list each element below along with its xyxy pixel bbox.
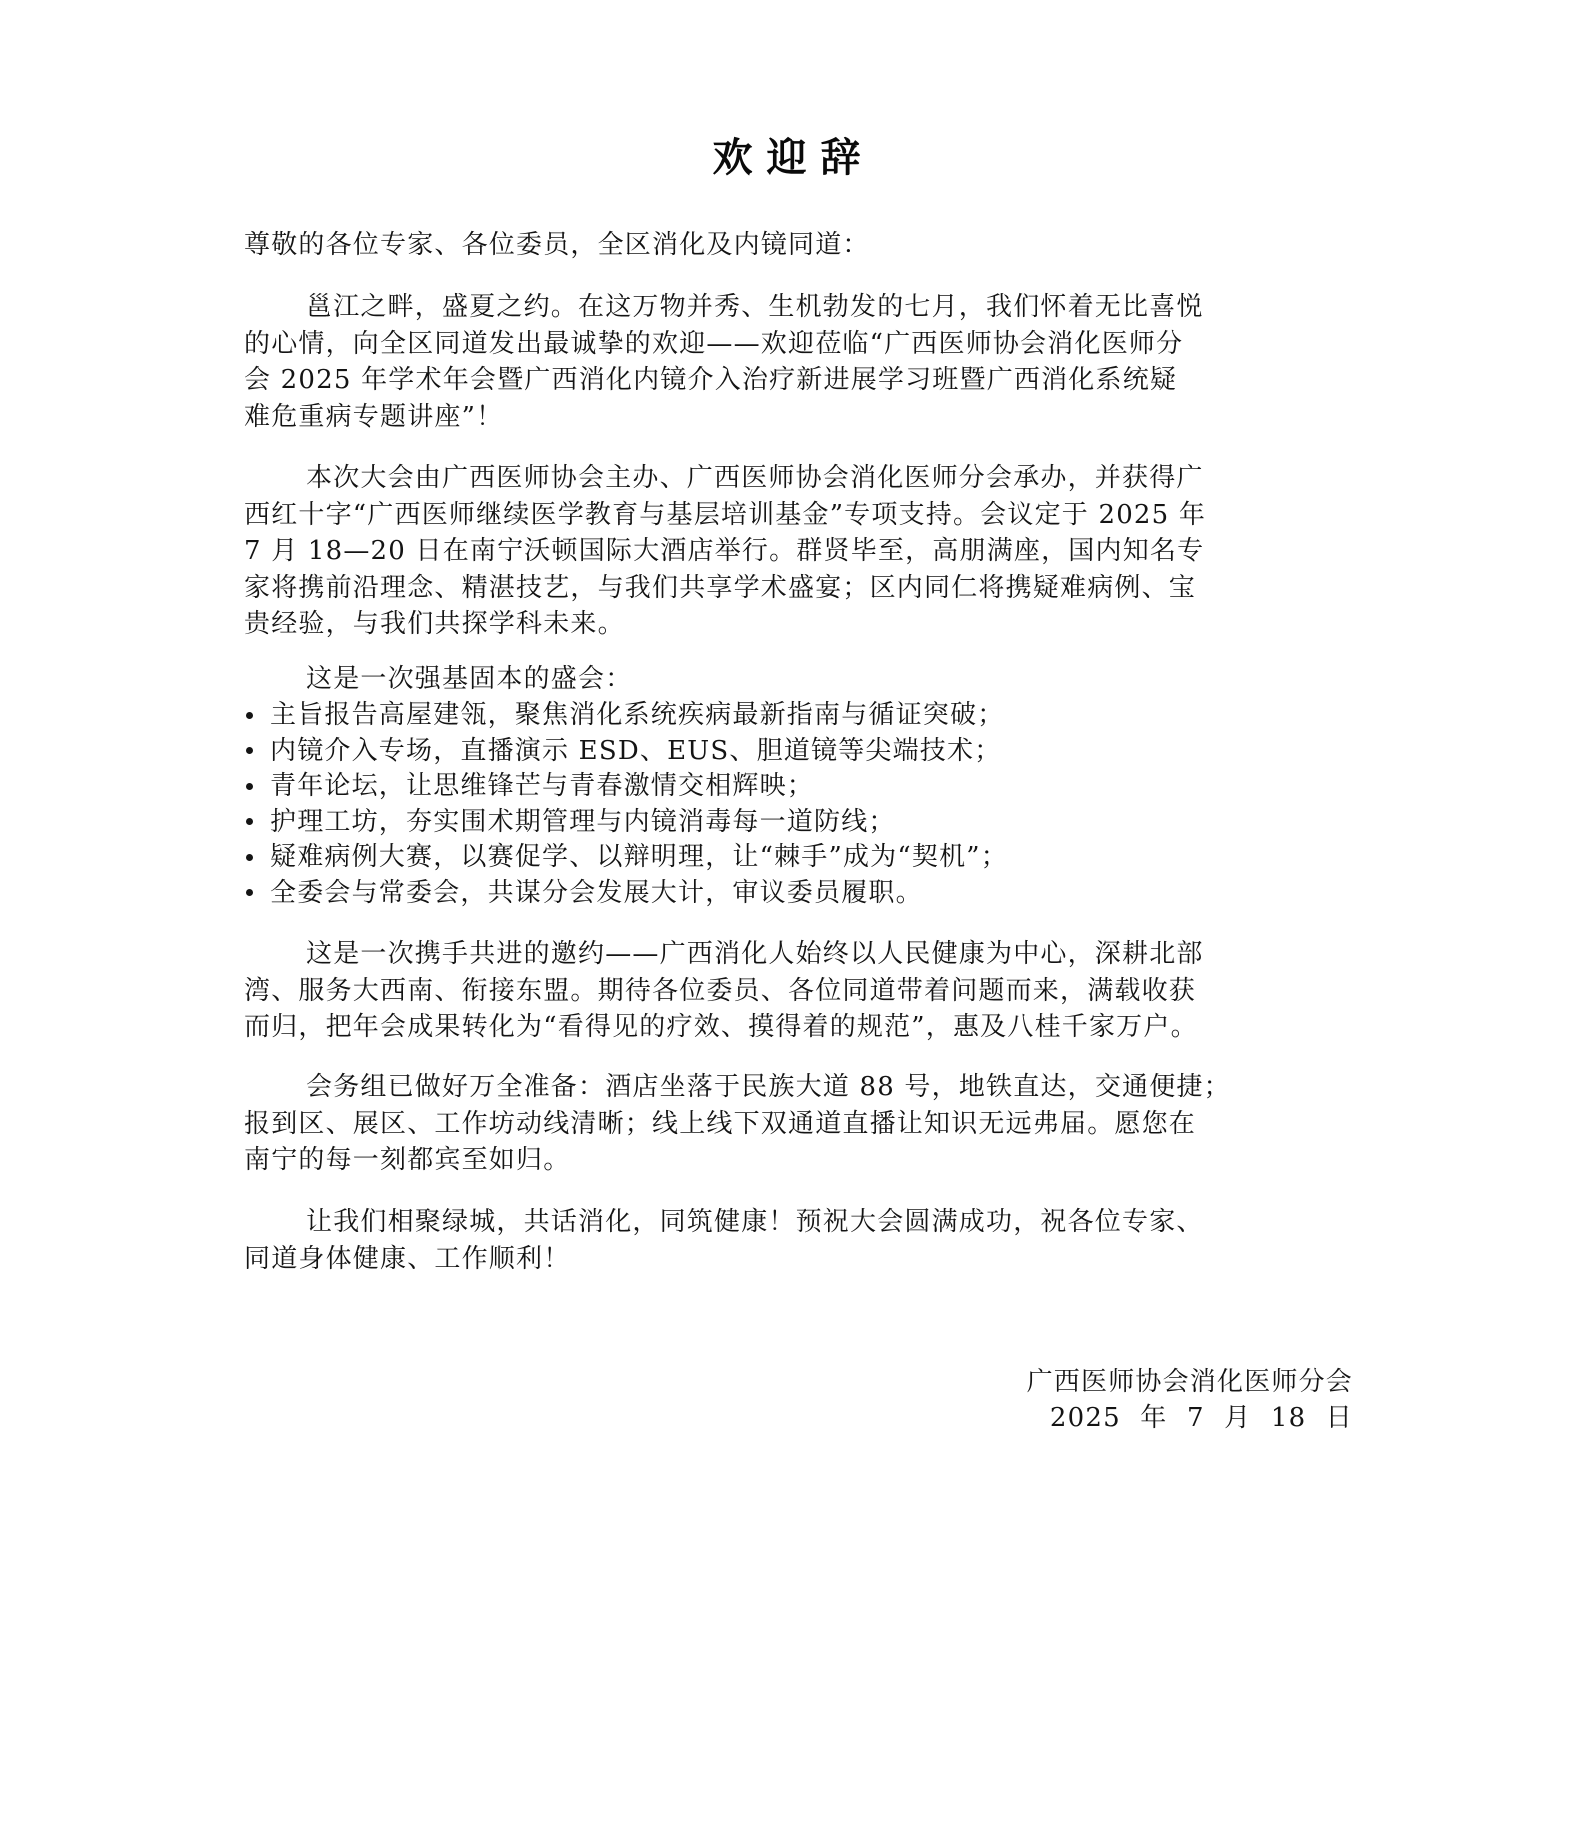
paragraph-event-info: 本次大会由广西医师协会主办、广西医师协会消化医师分会承办，并获得广 西红十字“广… — [244, 460, 1354, 643]
paragraph-line: 难危重病专题讲座”！ — [244, 399, 1354, 436]
highlights-intro: 这是一次强基固本的盛会： — [244, 661, 1354, 698]
bullet-item: 疑难病例大赛，以赛促学、以辩明理，让“棘手”成为“契机”； — [244, 840, 1354, 876]
bullet-text: 主旨报告高屋建瓴，聚焦消化系统疾病最新指南与循证突破； — [270, 697, 1004, 734]
bullet-item: 全委会与常委会，共谋分会发展大计，审议委员履职。 — [244, 875, 1354, 911]
bullet-text: 内镜介入专场，直播演示 ESD、EUS、胆道镜等尖端技术； — [270, 733, 1001, 770]
paragraph-welcome: 邕江之畔，盛夏之约。在这万物并秀、生机勃发的七月，我们怀着无比喜悦 的心情，向全… — [244, 289, 1354, 435]
paragraph-line: 这是一次携手共进的邀约——广西消化人始终以人民健康为中心，深耕北部 — [244, 936, 1354, 973]
bullet-icon — [246, 712, 253, 719]
bullet-icon — [246, 889, 253, 896]
bullet-icon — [246, 747, 253, 754]
bullet-icon — [246, 854, 253, 861]
paragraph-line: 让我们相聚绿城，共话消化，同筑健康！预祝大会圆满成功，祝各位专家、 — [244, 1204, 1354, 1241]
paragraph-closing: 让我们相聚绿城，共话消化，同筑健康！预祝大会圆满成功，祝各位专家、 同道身体健康… — [244, 1204, 1354, 1277]
paragraph-line: 本次大会由广西医师协会主办、广西医师协会消化医师分会承办，并获得广 — [244, 460, 1354, 497]
signature-date: 2025 年 7 月 18 日 — [1027, 1400, 1353, 1436]
bullet-item: 护理工坊，夯实围术期管理与内镜消毒每一道防线； — [244, 804, 1354, 840]
paragraph-line: 会 2025 年学术年会暨广西消化内镜介入治疗新进展学习班暨广西消化系统疑 — [244, 362, 1354, 399]
paragraph-invitation: 这是一次携手共进的邀约——广西消化人始终以人民健康为中心，深耕北部 湾、服务大西… — [244, 936, 1354, 1046]
paragraph-line: 南宁的每一刻都宾至如归。 — [244, 1142, 1354, 1179]
paragraph-line: 同道身体健康、工作顺利！ — [244, 1241, 1354, 1278]
paragraph-line: 家将携前沿理念、精湛技艺，与我们共享学术盛宴；区内同仁将携疑难病例、宝 — [244, 570, 1354, 607]
paragraph-highlights: 这是一次强基固本的盛会： 主旨报告高屋建瓴，聚焦消化系统疾病最新指南与循证突破；… — [244, 661, 1354, 911]
paragraph-logistics: 会务组已做好万全准备：酒店坐落于民族大道 88 号，地铁直达，交通便捷； 报到区… — [244, 1069, 1354, 1179]
bullet-item: 内镜介入专场，直播演示 ESD、EUS、胆道镜等尖端技术； — [244, 733, 1354, 769]
bullet-icon — [246, 818, 253, 825]
paragraph-line: 贵经验，与我们共探学科未来。 — [244, 606, 1354, 643]
signature-organization: 广西医师协会消化医师分会 — [1027, 1364, 1353, 1400]
paragraph-line: 会务组已做好万全准备：酒店坐落于民族大道 88 号，地铁直达，交通便捷； — [244, 1069, 1354, 1106]
paragraph-line: 西红十字“广西医师继续医学教育与基层培训基金”专项支持。会议定于 2025 年 — [244, 497, 1354, 534]
paragraph-line: 邕江之畔，盛夏之约。在这万物并秀、生机勃发的七月，我们怀着无比喜悦 — [244, 289, 1354, 326]
bullet-icon — [246, 783, 253, 790]
greeting: 尊敬的各位专家、各位委员，全区消化及内镜同道： — [244, 227, 1354, 264]
paragraph-line: 报到区、展区、工作坊动线清晰；线上线下双通道直播让知识无远弗届。愿您在 — [244, 1106, 1354, 1143]
paragraph-line: 7 月 18—20 日在南宁沃顿国际大酒店举行。群贤毕至，高朋满座，国内知名专 — [244, 533, 1354, 570]
bullet-item: 青年论坛，让思维锋芒与青春激情交相辉映； — [244, 769, 1354, 805]
greeting-line: 尊敬的各位专家、各位委员，全区消化及内镜同道： — [244, 227, 1354, 264]
paragraph-line: 湾、服务大西南、衔接东盟。期待各位委员、各位同道带着问题而来，满载收获 — [244, 973, 1354, 1010]
bullet-text: 全委会与常委会，共谋分会发展大计，审议委员履职。 — [270, 875, 923, 912]
document-title: 欢迎辞 — [0, 134, 1587, 182]
bullet-text: 护理工坊，夯实围术期管理与内镜消毒每一道防线； — [270, 804, 896, 841]
paragraph-line: 而归，把年会成果转化为“看得见的疗效、摸得着的规范”，惠及八桂千家万户。 — [244, 1009, 1354, 1046]
bullet-text: 青年论坛，让思维锋芒与青春激情交相辉映； — [270, 768, 814, 805]
signature-block: 广西医师协会消化医师分会 2025 年 7 月 18 日 — [1027, 1364, 1353, 1436]
paragraph-line: 的心情，向全区同道发出最诚挚的欢迎——欢迎莅临“广西医师协会消化医师分 — [244, 326, 1354, 363]
bullet-item: 主旨报告高屋建瓴，聚焦消化系统疾病最新指南与循证突破； — [244, 698, 1354, 734]
welcome-letter-page: 欢迎辞 尊敬的各位专家、各位委员，全区消化及内镜同道： 邕江之畔，盛夏之约。在这… — [0, 0, 1587, 1834]
bullet-text: 疑难病例大赛，以赛促学、以辩明理，让“棘手”成为“契机”； — [270, 839, 1008, 876]
